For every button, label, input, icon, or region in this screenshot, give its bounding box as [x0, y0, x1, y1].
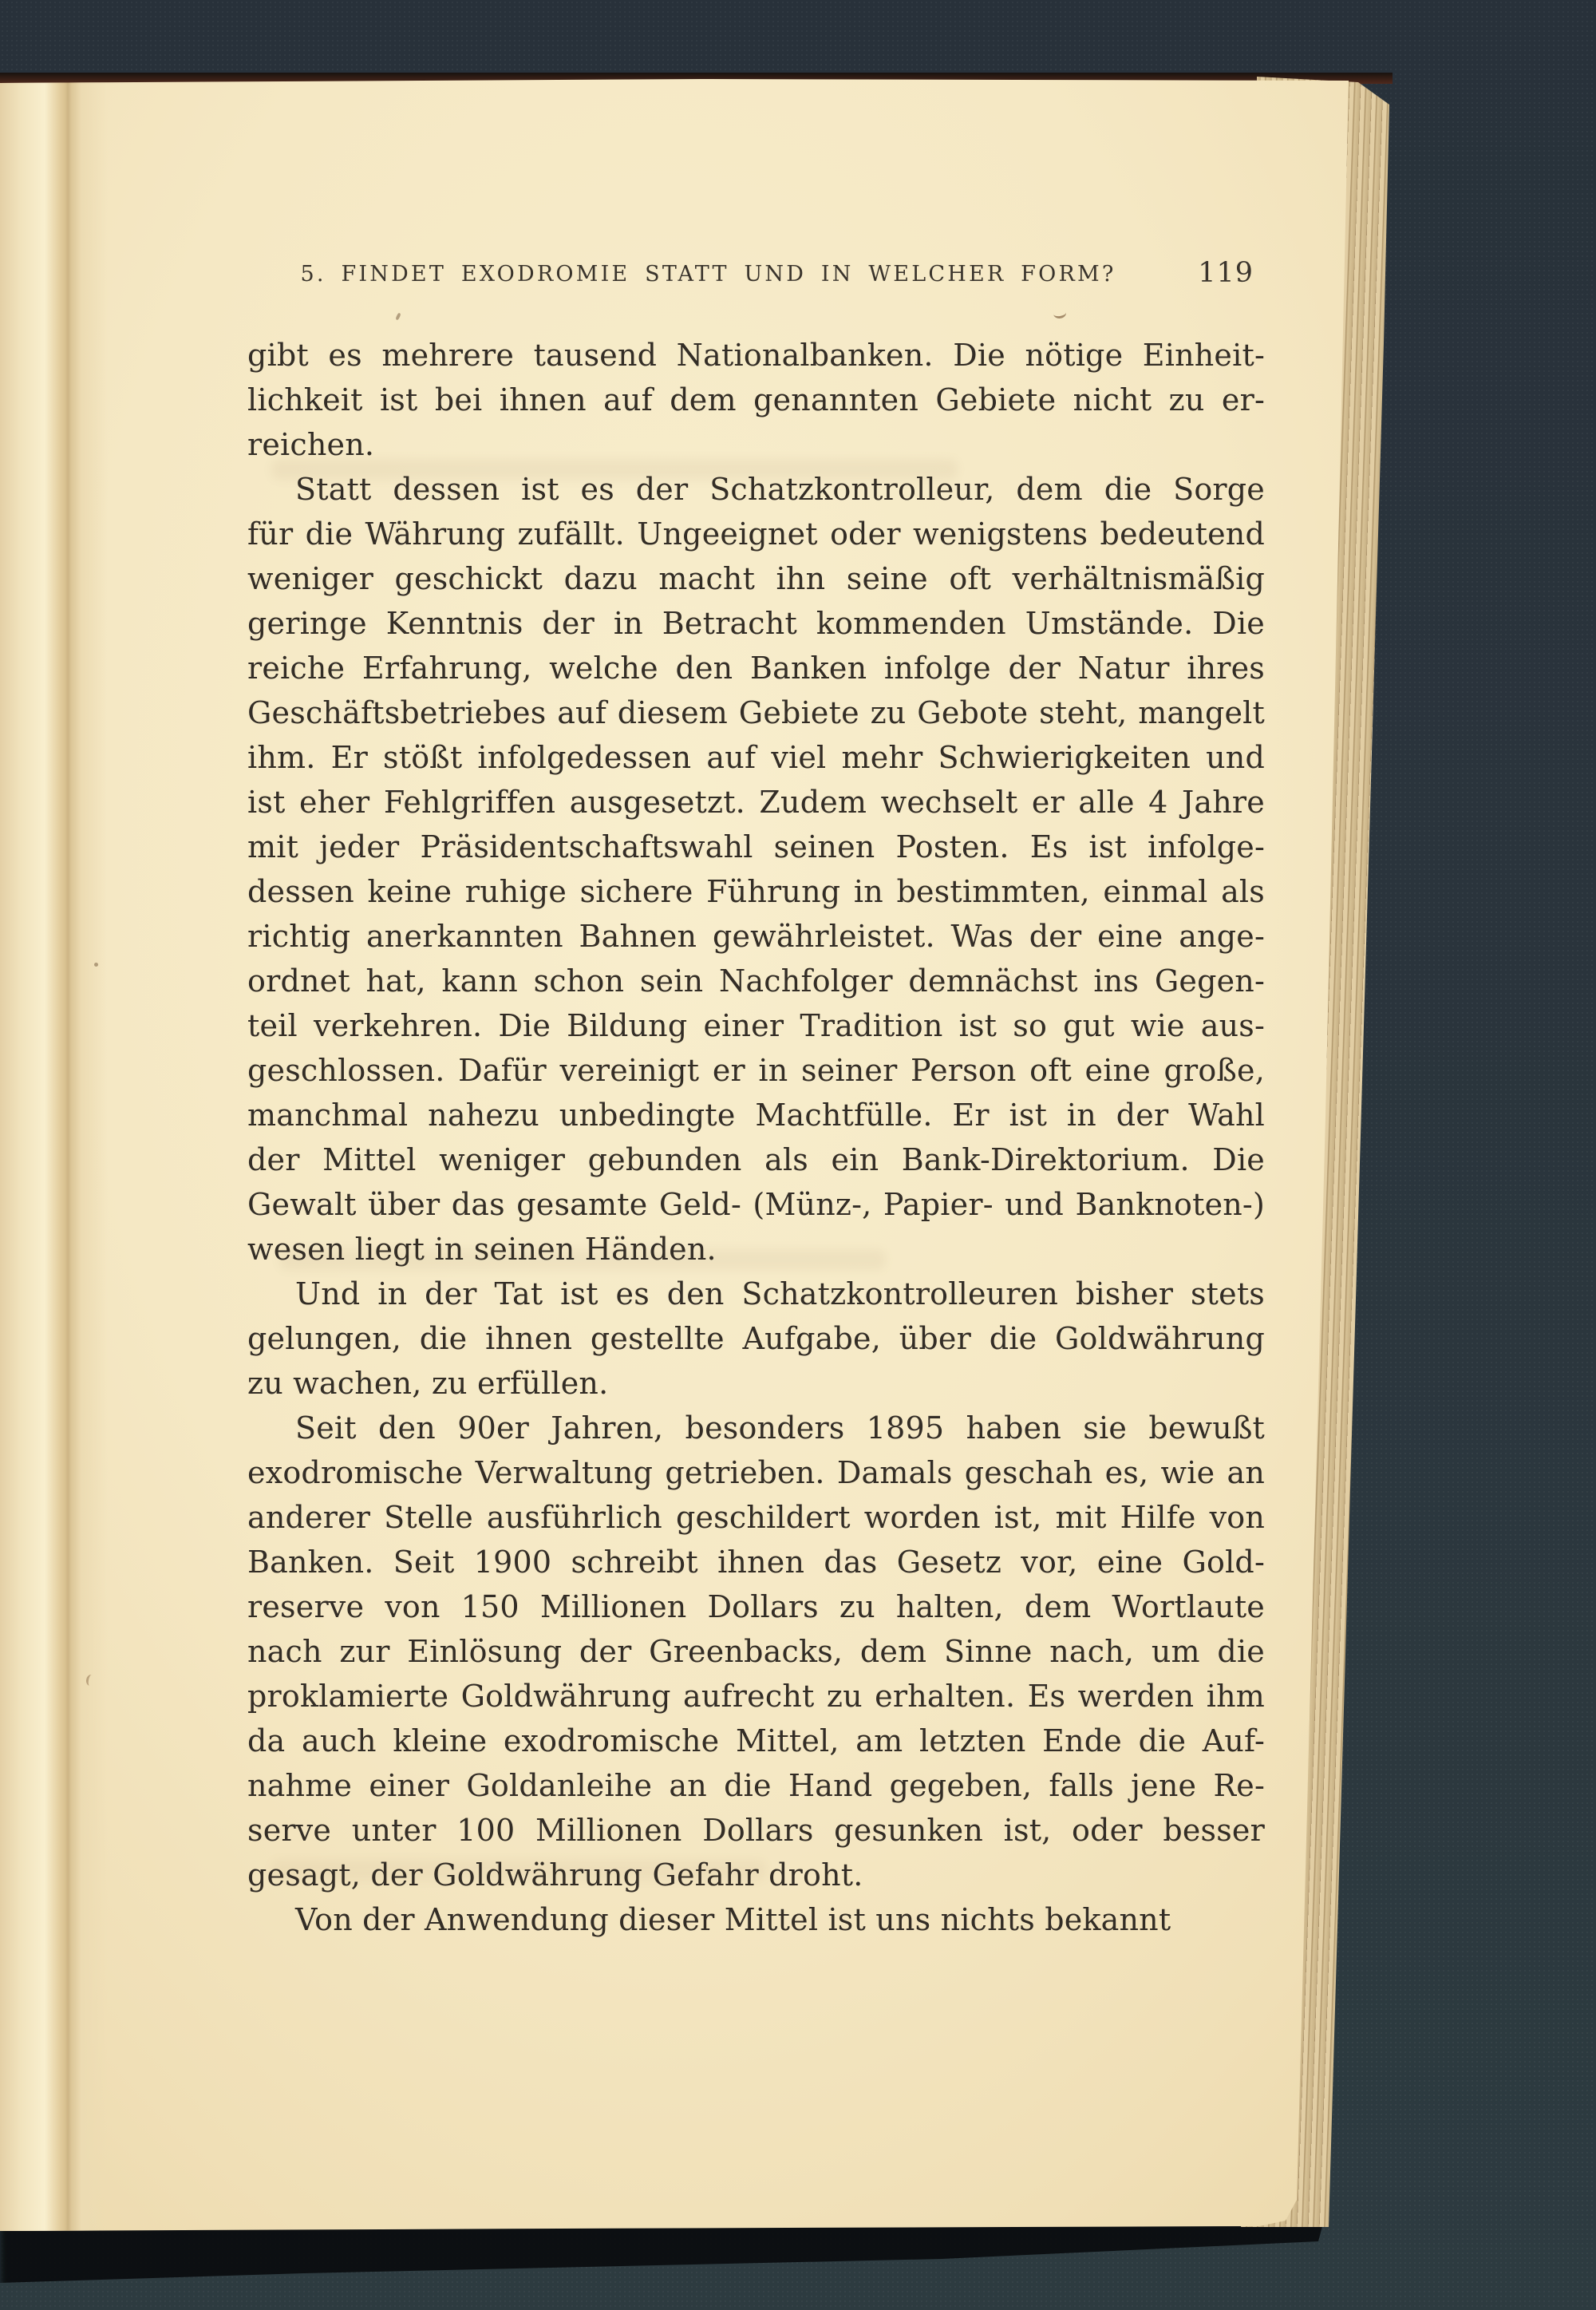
text-line: Statt dessen ist es der Schatzkontrolleu… [247, 467, 1265, 512]
text-line: serve unter 100 Millionen Dollars gesunk… [247, 1808, 1265, 1853]
text-line: teil verkehren. Die Bildung einer Tradit… [247, 1003, 1265, 1048]
text-line: Gewalt über das gesamte Geld- (Münz-, Pa… [247, 1182, 1265, 1227]
speck-mark [395, 313, 401, 321]
text-line: mit jeder Präsidentschaftswahl seinen Po… [247, 825, 1265, 869]
text-line: richtig anerkannten Bahnen gewährleistet… [247, 914, 1265, 959]
text-line: reichen. [247, 422, 1265, 467]
text-line: nahme einer Goldanleihe an die Hand gege… [247, 1763, 1265, 1808]
page-number: 119 [1198, 257, 1254, 289]
text-line: dessen keine ruhige sichere Führung in b… [247, 869, 1265, 914]
text-line: Seit den 90er Jahren, besonders 1895 hab… [247, 1406, 1265, 1450]
pen-mark [1053, 307, 1067, 319]
body-text: gibt es mehrere tausend Nationalbanken. … [247, 333, 1265, 1942]
running-head: 5. FINDET EXODROMIE STATT UND IN WELCHER… [247, 257, 1265, 292]
gutter-crease [67, 79, 69, 2231]
text-line: zu wachen, zu erfüllen. [247, 1361, 1265, 1406]
text-line: ist eher Fehlgriffen ausgesetzt. Zudem w… [247, 780, 1265, 825]
text-line: anderer Stelle ausführlich geschildert w… [247, 1495, 1265, 1540]
text-line: ordnet hat, kann schon sein Nachfolger d… [247, 959, 1265, 1003]
text-line: gibt es mehrere tausend Nationalbanken. … [247, 333, 1265, 378]
text-line: geschlossen. Dafür vereinigt er in seine… [247, 1048, 1265, 1093]
text-line: ihm. Er stößt infolgedessen auf viel meh… [247, 735, 1265, 780]
text-line: Und in der Tat ist es den Schatzkontroll… [247, 1272, 1265, 1316]
text-line: Geschäftsbetriebes auf diesem Gebiete zu… [247, 690, 1265, 735]
text-line: exodromische Verwaltung getrieben. Damal… [247, 1450, 1265, 1495]
text-line: lichkeit ist bei ihnen auf dem genannten… [247, 378, 1265, 422]
chapter-title: 5. FINDET EXODROMIE STATT UND IN WELCHER… [247, 262, 1169, 287]
gutter-shading [0, 79, 108, 2231]
text-line: Banken. Seit 1900 schreibt ihnen das Ges… [247, 1540, 1265, 1584]
text-line: nach zur Einlösung der Greenbacks, dem S… [247, 1629, 1265, 1674]
text-line: gesagt, der Goldwährung Gefahr droht. [247, 1853, 1265, 1897]
scanned-book-photo: 5. FINDET EXODROMIE STATT UND IN WELCHER… [0, 0, 1596, 2310]
text-line: gelungen, die ihnen gestellte Aufgabe, ü… [247, 1316, 1265, 1361]
text-line: Von der Anwendung dieser Mittel ist uns … [247, 1897, 1265, 1942]
speck-mark [94, 963, 98, 967]
text-line: der Mittel weniger gebunden als ein Bank… [247, 1137, 1265, 1182]
text-line: wesen liegt in seinen Händen. [247, 1227, 1265, 1272]
text-line: reiche Erfahrung, welche den Banken info… [247, 646, 1265, 690]
text-line: für die Währung zufällt. Ungeeignet oder… [247, 512, 1265, 556]
text-line: da auch kleine exodromische Mittel, am l… [247, 1719, 1265, 1763]
text-line: proklamierte Goldwährung aufrecht zu erh… [247, 1674, 1265, 1719]
text-line: manchmal nahezu unbedingte Machtfülle. E… [247, 1093, 1265, 1137]
text-line: weniger geschickt dazu macht ihn seine o… [247, 556, 1265, 601]
text-line: reserve von 150 Millionen Dollars zu hal… [247, 1584, 1265, 1629]
text-line: geringe Kenntnis der in Betracht kommend… [247, 601, 1265, 646]
